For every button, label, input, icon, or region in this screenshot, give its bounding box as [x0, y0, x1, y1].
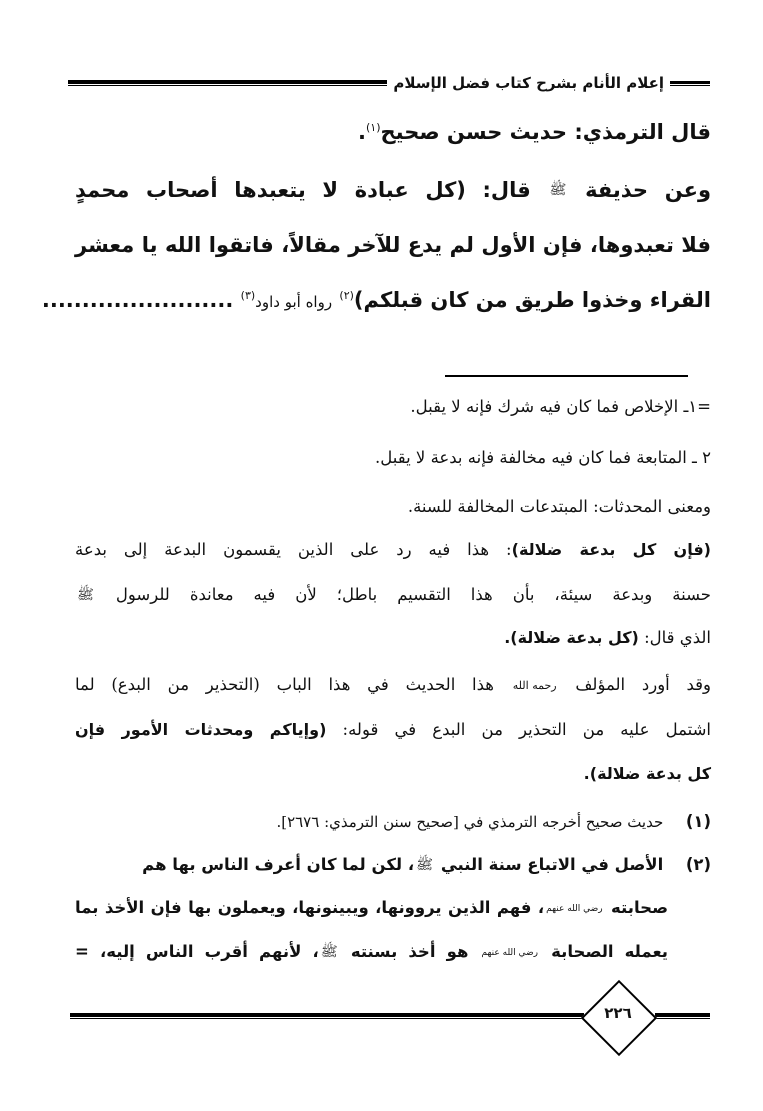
note-item-2: ٢ ـ المتابعة فما كان فيه مخالفة فإنه بدع… — [375, 448, 711, 467]
footer-rule-left — [70, 1013, 584, 1019]
main-line-4: القراء وخذوا طريق من كان قبلكم)(٢) رواه … — [75, 288, 711, 312]
honorific-icon: ﷺ — [77, 586, 94, 606]
note-text: هذا الحديث في هذا الباب (التحذير من البد… — [75, 675, 494, 694]
footnote-separator — [445, 375, 688, 377]
footnote-text: هو أخذ بسنته — [351, 942, 469, 961]
note-para2-line2: اشتمل عليه من التحذير من البدع في قوله: … — [75, 720, 711, 739]
footnote-text: يعمله الصحابة — [551, 942, 668, 961]
page-number: ٢٢٦ — [588, 1004, 648, 1022]
footnote-2-line3: يعمله الصحابة رضي الله عنهم هو أخذ بسنته… — [75, 942, 668, 963]
main-line-3: فلا تعبدوها، فإن الأول لم يدع للآخر مقال… — [75, 233, 711, 257]
honorific-icon: رضي الله عنهم — [482, 948, 538, 958]
note-para1-line2: حسنة وبدعة سيئة، بأن هذا التقسيم باطل؛ ل… — [75, 585, 711, 606]
quoted-hadith: (وإياكم ومحدثات الأمور فإن — [75, 720, 326, 739]
footnote-text: ، فهم الذين يروونها، ويبينونها، ويعملون … — [75, 898, 544, 917]
footnote-ref-2[interactable]: (٢) — [339, 289, 354, 302]
footnote-1: (١) حديث صحيح أخرجه الترمذي في [صحيح سنن… — [276, 812, 711, 831]
note-text: الذي قال: — [644, 628, 711, 647]
honorific-icon: ﷺ — [321, 943, 338, 963]
main-line-1: قال الترمذي: حديث حسن صحيح(١). — [358, 120, 711, 144]
footnote-text: ، لكن لما كان أعرف الناس بها هم — [142, 855, 414, 874]
footnote-2-line2: صحابته رضي الله عنهم، فهم الذين يروونها،… — [75, 898, 668, 917]
leader-dots: ........................ — [42, 288, 233, 312]
note-meaning: ومعنى المحدثات: المبتدعات المخالفة للسنة… — [408, 497, 711, 516]
running-header: إعلام الأنام بشرح كتاب فضل الإسلام — [68, 72, 710, 94]
footnote-ref-3[interactable]: (٣) — [241, 289, 256, 302]
main-text: وعن حذيفة — [585, 178, 711, 202]
footer-rule-right — [655, 1013, 710, 1019]
narrator-text: رواه أبو داود — [255, 293, 332, 311]
main-line-2: وعن حذيفة ﷺ قال: (كل عبادة لا يتعبدها أص… — [75, 178, 711, 202]
footnote-text: ، لأنهم أقرب الناس إليه، = — [75, 942, 319, 961]
honorific-icon: رحمه الله — [513, 679, 557, 692]
note-text: حسنة وبدعة سيئة، بأن هذا التقسيم باطل؛ ل… — [116, 585, 711, 604]
quoted-hadith: (فإن كل بدعة ضلالة) — [512, 540, 711, 559]
footnote-text: صحابته — [611, 898, 668, 917]
hadith-text: قال: (كل عبادة لا يتعبدها أصحاب محمدٍ — [75, 178, 531, 202]
main-text: قال الترمذي: حديث حسن صحيح — [380, 120, 711, 144]
hadith-text: القراء وخذوا طريق من كان قبلكم) — [354, 288, 711, 312]
running-title: إعلام الأنام بشرح كتاب فضل الإسلام — [393, 74, 664, 92]
note-para1-line3: الذي قال: (كل بدعة ضلالة). — [504, 628, 711, 647]
footnote-2-line1: (٢) الأصل في الاتباع سنة النبي ﷺ، لكن لم… — [75, 855, 711, 876]
footnote-number: (٢) — [669, 855, 711, 874]
footnote-ref-1[interactable]: (١) — [366, 121, 381, 134]
note-para1-line1: (فإن كل بدعة ضلالة): هذا فيه رد على الذي… — [75, 540, 711, 559]
note-para2-line1: وقد أورد المؤلف رحمه الله هذا الحديث في … — [75, 675, 711, 694]
quoted-hadith: كل بدعة ضلالة). — [584, 764, 711, 783]
note-para2-line3: كل بدعة ضلالة). — [584, 764, 711, 783]
book-page: إعلام الأنام بشرح كتاب فضل الإسلام قال ا… — [0, 0, 763, 1111]
footnote-text: الأصل في الاتباع سنة النبي — [441, 855, 663, 874]
note-text: اشتمل عليه من التحذير من البدع في قوله: — [343, 720, 711, 739]
honorific-icon: ﷺ — [549, 181, 566, 201]
honorific-icon: ﷺ — [416, 856, 433, 876]
footnote-text: حديث صحيح أخرجه الترمذي في [صحيح سنن الت… — [276, 813, 663, 831]
quoted-hadith: (كل بدعة ضلالة). — [504, 628, 639, 647]
header-rule-short — [670, 81, 710, 86]
hadith-text: فلا تعبدوها، فإن الأول لم يدع للآخر مقال… — [75, 233, 711, 257]
note-item-1: =١ـ الإخلاص فما كان فيه شرك فإنه لا يقبل… — [410, 397, 711, 416]
honorific-icon: رضي الله عنهم — [546, 904, 602, 914]
note-text: وقد أورد المؤلف — [575, 675, 711, 694]
note-text: : هذا فيه رد على الذين يقسمون البدعة إلى… — [75, 540, 512, 559]
footnote-number: (١) — [669, 812, 711, 831]
header-rule-long — [68, 80, 387, 86]
period: . — [358, 120, 366, 144]
